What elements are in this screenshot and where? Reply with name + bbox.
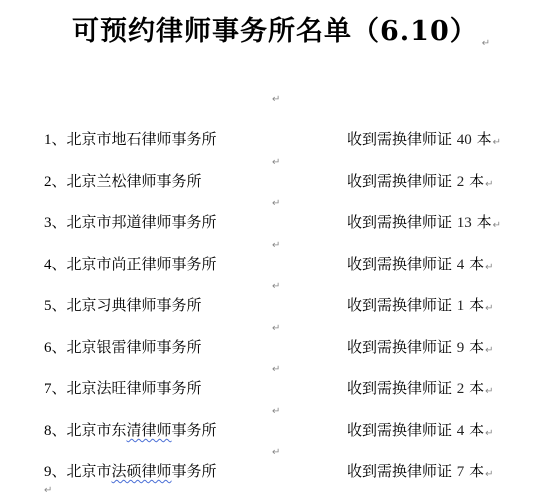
spellcheck-underline: 清律师 (127, 421, 172, 439)
firm-name: 4、北京市尚正律师事务所 (44, 253, 217, 276)
list-item: 7、北京法旺律师事务所 收到需换律师证 2 本↵ (44, 377, 552, 399)
firm-name: 8、北京市东清律师事务所 (44, 419, 217, 442)
list-item: 2、北京兰松律师事务所 收到需换律师证 2 本↵ (44, 170, 552, 192)
paragraph-mark-icon: ↵ (485, 469, 493, 480)
license-count: 收到需换律师证 2 本↵ (347, 170, 492, 195)
paragraph-mark-icon: ↵ (485, 179, 493, 190)
firm-name: 6、北京银雷律师事务所 (44, 336, 202, 359)
paragraph-mark-icon: ↵ (485, 428, 493, 439)
list-item: 8、北京市东清律师事务所 收到需换律师证 4 本↵ (44, 419, 552, 441)
license-count: 收到需换律师证 7 本↵ (347, 460, 492, 485)
firm-name: 2、北京兰松律师事务所 (44, 170, 202, 193)
paragraph-mark-icon: ↵ (272, 323, 280, 334)
paragraph-mark-icon: ↵ (272, 94, 280, 105)
license-count: 收到需换律师证 13 本↵ (347, 211, 500, 236)
paragraph-mark-icon: ↵ (272, 406, 280, 417)
paragraph-mark-icon: ↵ (272, 447, 280, 458)
firm-name: 5、北京习典律师事务所 (44, 294, 202, 317)
paragraph-mark-icon: ↵ (485, 262, 493, 273)
paragraph-mark-icon: ↵ (485, 303, 493, 314)
document-title: 可预约律师事务所名单（6.10）↵ (72, 14, 487, 56)
license-count: 收到需换律师证 2 本↵ (347, 377, 492, 402)
spellcheck-underline: 法硕律师 (112, 462, 172, 480)
paragraph-mark-icon: ↵ (493, 220, 501, 231)
list-item: 9、北京市法硕律师事务所 收到需换律师证 7 本↵ (44, 460, 552, 482)
paragraph-mark-icon: ↵ (272, 240, 280, 251)
paragraph-mark-icon: ↵ (482, 38, 491, 49)
title-text: 可预约律师事务所名单（6.10） (72, 16, 478, 47)
list-item: 3、北京市邦道律师事务所 收到需换律师证 13 本↵ (44, 211, 552, 233)
paragraph-mark-icon: ↵ (493, 137, 501, 148)
list-item: 4、北京市尚正律师事务所 收到需换律师证 4 本↵ (44, 253, 552, 275)
license-count: 收到需换律师证 4 本↵ (347, 419, 492, 444)
firm-name: 9、北京市法硕律师事务所 (44, 460, 217, 483)
list-item: 5、北京习典律师事务所 收到需换律师证 1 本↵ (44, 294, 552, 316)
firm-name: 1、北京市地石律师事务所 (44, 128, 217, 151)
license-count: 收到需换律师证 4 本↵ (347, 253, 492, 278)
paragraph-mark-icon: ↵ (272, 157, 280, 168)
paragraph-mark-icon: ↵ (485, 345, 493, 356)
license-count: 收到需换律师证 40 本↵ (347, 128, 500, 153)
firm-name: 7、北京法旺律师事务所 (44, 377, 202, 400)
paragraph-mark-icon: ↵ (272, 364, 280, 375)
license-count: 收到需换律师证 1 本↵ (347, 294, 492, 319)
firm-name: 3、北京市邦道律师事务所 (44, 211, 217, 234)
paragraph-mark-icon: ↵ (44, 485, 52, 496)
list-item: 6、北京银雷律师事务所 收到需换律师证 9 本↵ (44, 336, 552, 358)
paragraph-mark-icon: ↵ (485, 386, 493, 397)
list-item: 1、北京市地石律师事务所 收到需换律师证 40 本↵ (44, 128, 552, 150)
license-count: 收到需换律师证 9 本↵ (347, 336, 492, 361)
paragraph-mark-icon: ↵ (272, 281, 280, 292)
paragraph-mark-icon: ↵ (272, 198, 280, 209)
